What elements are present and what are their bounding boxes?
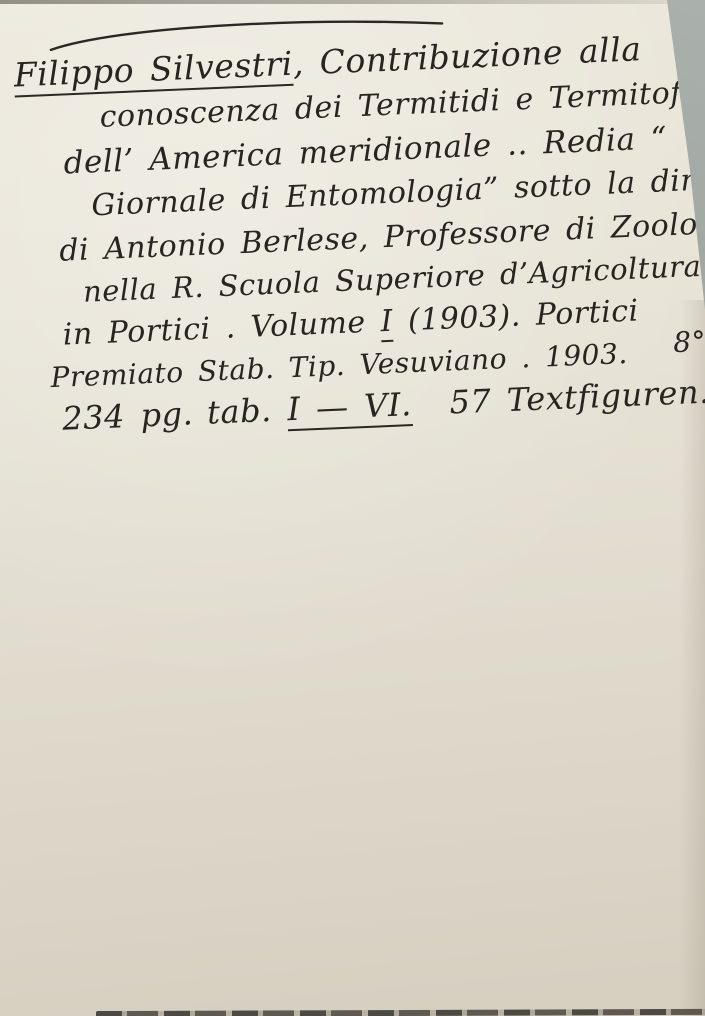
tab-range: I — VI. [286,385,412,431]
tab-label: tab. [206,391,272,432]
underlying-page-text-edge [96,1009,705,1016]
page-count: 234 pg. [62,394,194,437]
line-7-pre: in Portici . Volume [62,304,381,352]
page-top-edge-shadow [0,0,672,4]
paper-sheet: Filippo Silvestri, Contribuzione alla co… [0,0,705,1016]
figure-count: 57 Textfiguren. [449,373,705,422]
format-octavo: 8°. [673,324,705,359]
handwritten-note: Filippo Silvestri, Contribuzione alla co… [0,0,705,499]
line-7-post: (1903). Portici [392,294,639,339]
